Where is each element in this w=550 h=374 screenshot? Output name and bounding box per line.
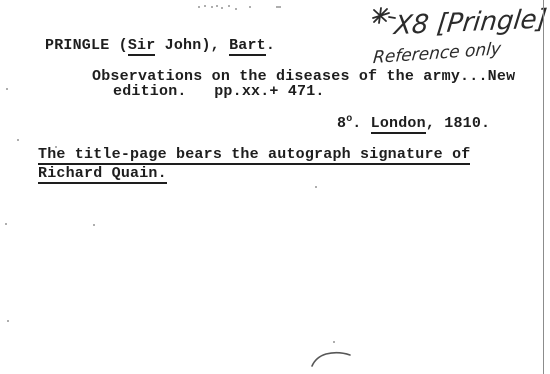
imprint-format-superscript: o bbox=[346, 114, 352, 125]
scan-speckle bbox=[276, 6, 281, 8]
scan-speckle bbox=[228, 5, 230, 7]
imprint-place-underlined: London bbox=[371, 116, 426, 134]
scan-speckle bbox=[7, 320, 9, 322]
scan-speckle bbox=[235, 8, 237, 10]
note-line-1: The title-page bears the autograph signa… bbox=[38, 147, 470, 165]
heading-text: PRINGLE ( bbox=[45, 37, 128, 54]
imprint-separator: . bbox=[352, 115, 370, 132]
imprint-line: 8o. London, 1810. bbox=[337, 116, 490, 134]
scan-speckle bbox=[198, 6, 200, 8]
scan-speckle bbox=[204, 5, 206, 7]
scan-speckle bbox=[17, 139, 19, 141]
catalog-card: PRINGLE (Sir John), Bart. Observations o… bbox=[0, 0, 550, 374]
reference-only-note: Reference only bbox=[372, 39, 502, 68]
heading-sir-underlined: Sir bbox=[128, 38, 156, 56]
scan-speckle bbox=[6, 88, 8, 90]
heading-bart-underlined: Bart bbox=[229, 38, 266, 56]
scan-speckle bbox=[211, 6, 213, 8]
scan-speckle bbox=[221, 7, 223, 9]
heading-text: John), bbox=[155, 37, 229, 54]
scan-speckle bbox=[5, 223, 7, 225]
note-line-2-text: Richard Quain. bbox=[38, 166, 167, 184]
scan-speckle bbox=[333, 341, 335, 343]
scan-speckle bbox=[315, 186, 317, 188]
imprint-date: , 1810. bbox=[426, 115, 490, 132]
card-edge-line bbox=[543, 0, 544, 374]
heading-text: . bbox=[266, 37, 275, 54]
author-heading: PRINGLE (Sir John), Bart. bbox=[45, 38, 275, 56]
scan-speckle bbox=[249, 6, 251, 8]
title-line-2: edition. pp.xx.+ 471. bbox=[113, 84, 325, 100]
shelfmark-annotation: X8 [Pringle] bbox=[393, 4, 549, 41]
scan-speckle bbox=[216, 5, 218, 7]
note-line-1-text: The title-page bears the autograph signa… bbox=[38, 147, 470, 165]
asterisk-icon bbox=[370, 6, 396, 30]
scan-speckle bbox=[93, 224, 95, 226]
note-line-2: Richard Quain. bbox=[38, 166, 167, 184]
imprint-format: 8 bbox=[337, 115, 346, 132]
